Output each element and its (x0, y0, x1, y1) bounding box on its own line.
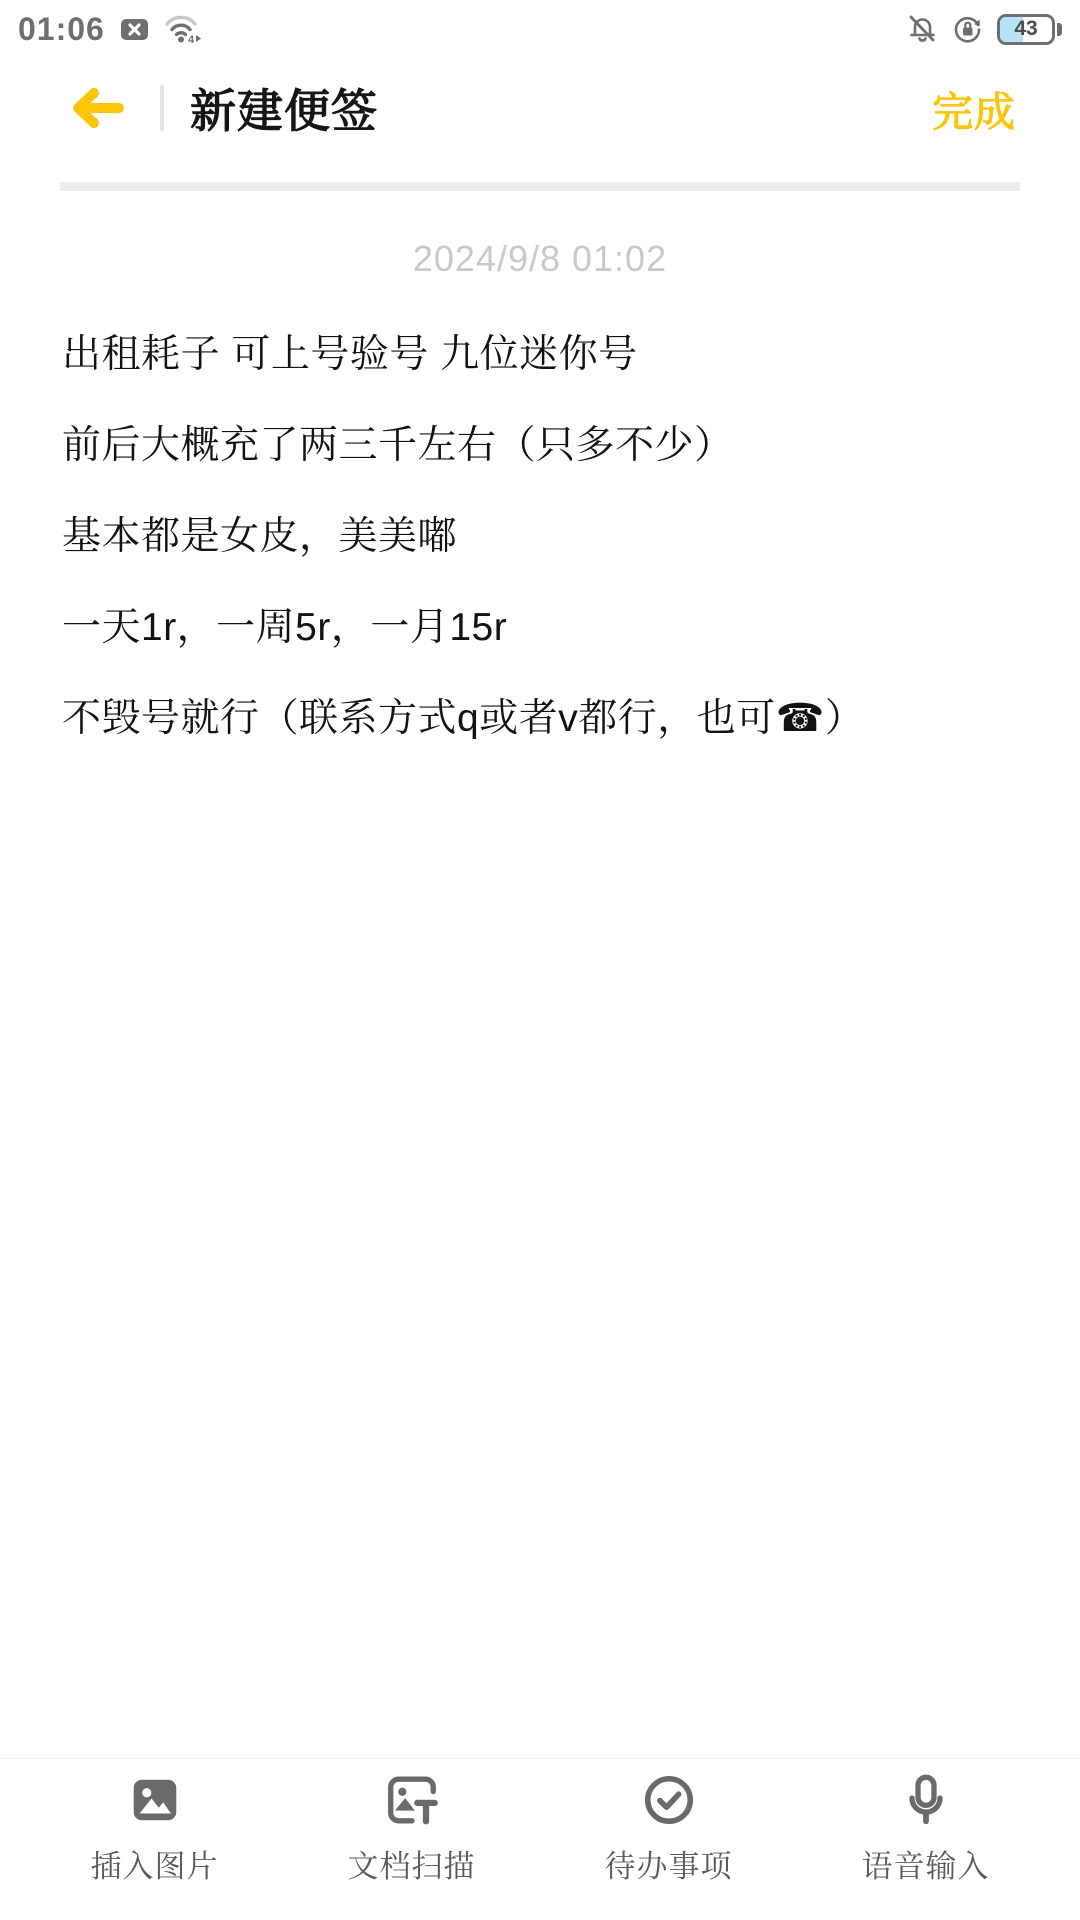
sim-missing-icon (118, 14, 151, 44)
tool-label: 文档扫描 (348, 1841, 476, 1886)
back-arrow-icon (70, 85, 126, 131)
note-editor[interactable]: 2024/9/8 01:02 出租耗子 可上号验号 九位迷你号 前后大概充了两三… (0, 191, 1080, 1750)
content-divider (60, 182, 1020, 191)
note-line: 不毁号就行（联系方式q或者v都行，也可☎） (62, 698, 1018, 740)
note-line: 出租耗子 可上号验号 九位迷你号 (62, 334, 1018, 376)
tool-label: 语音输入 (862, 1841, 990, 1886)
battery-indicator: 43 (997, 14, 1062, 45)
done-button[interactable]: 完成 (932, 79, 1016, 138)
wifi-icon: 4 (164, 13, 204, 45)
note-timestamp: 2024/9/8 01:02 (62, 238, 1018, 280)
bottom-toolbar: 插入图片 文档扫描 待办事项 (0, 1758, 1080, 1920)
todo-items-button[interactable]: 待办事项 (559, 1771, 779, 1886)
status-bar: 01:06 4 (0, 0, 1080, 52)
status-time: 01:06 (18, 11, 105, 48)
insert-image-icon (126, 1771, 184, 1829)
status-bar-left: 01:06 4 (18, 11, 204, 48)
battery-nub (1057, 23, 1062, 36)
status-bar-right: 43 (906, 13, 1062, 46)
document-scan-icon (383, 1771, 441, 1829)
microphone-icon (897, 1771, 955, 1829)
tool-label: 插入图片 (91, 1841, 219, 1886)
todo-check-icon (640, 1771, 698, 1829)
note-line: 前后大概充了两三千左右（只多不少） (62, 425, 1018, 467)
insert-image-button[interactable]: 插入图片 (45, 1771, 265, 1886)
svg-text:4: 4 (188, 34, 195, 45)
rotation-lock-icon (951, 13, 984, 46)
note-line: 基本都是女皮，美美嘟 (62, 516, 1018, 558)
new-note-screen: 01:06 4 (0, 0, 1080, 1920)
battery-percent: 43 (1000, 17, 1052, 42)
note-line: 一天1r，一周5r，一月15r (62, 607, 1018, 649)
page-title: 新建便签 (190, 75, 378, 141)
note-body: 出租耗子 可上号验号 九位迷你号 前后大概充了两三千左右（只多不少） 基本都是女… (62, 334, 1018, 740)
header-divider (160, 85, 164, 131)
tool-label: 待办事项 (605, 1841, 733, 1886)
document-scan-button[interactable]: 文档扫描 (302, 1771, 522, 1886)
notifications-muted-icon (906, 13, 938, 45)
back-button[interactable] (70, 85, 126, 131)
voice-input-button[interactable]: 语音输入 (816, 1771, 1036, 1886)
header: 新建便签 完成 (0, 62, 1080, 154)
